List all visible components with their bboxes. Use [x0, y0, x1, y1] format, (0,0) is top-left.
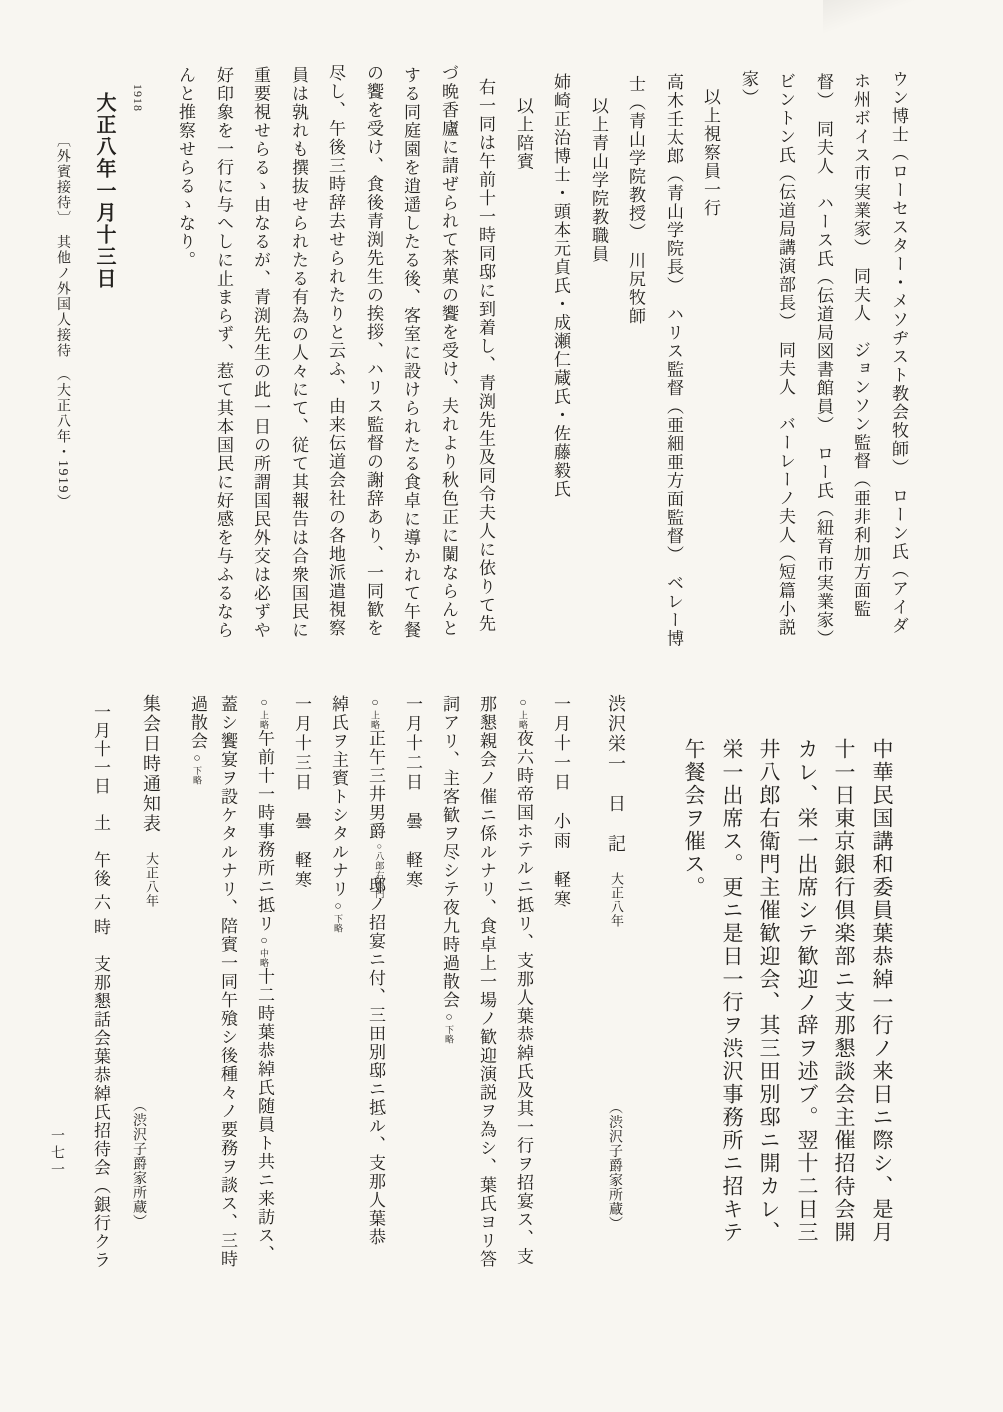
summary-line: 十一日東京銀行倶楽部ニ支那懇談会主催招待会開	[832, 738, 856, 1244]
narrative-line: 右一同は午前十一時同邸に到着し、青渕先生及同令夫人に依りて先	[473, 78, 497, 633]
omission-note: 中略	[259, 949, 269, 968]
omission-mark: ○	[368, 695, 382, 711]
year-gregorian: 1918	[126, 84, 150, 112]
narrative-line: づ晩香廬に請ぜられて茶菓の饗を受け、夫れより秋色正に闌ならんと	[436, 64, 460, 638]
diary-line: 那懇親会ノ催ニ係ルナリ、食卓上一場ノ歓迎演説ヲ為シ、葉氏ヨリ答	[474, 695, 498, 1269]
omission-note: 下略	[444, 1025, 454, 1044]
source-year: 大正八年	[144, 852, 159, 908]
attendee-line: ホ州ボイス市実業家） 同夫人 ジョンソン監督（亜非利加方面監	[848, 72, 872, 619]
diary-line: 蓋シ饗宴ヲ設ケタルナリ、陪賓一同午飱シ後種々ノ要務ヲ談ス、三時	[215, 695, 239, 1269]
attendee-line: 士（青山学院教授） 川尻牧師	[623, 75, 647, 326]
diary-text: 邸ノ招宴ニ付、三田別邸ニ抵ル、支那人葉恭	[366, 877, 385, 1247]
diary-line: 綽氏ヲ主賓トシタルナリ○下略	[326, 695, 350, 933]
section-subject-heading: 〔外賓接待〕 其他ノ外国人接待 （大正八年・1919）	[50, 133, 74, 510]
diary-date: 一月十一日 小雨 軽寒	[548, 695, 572, 910]
notice-line: 一月十一日 土 午後 六 時 支那懇話会葉恭綽氏招待会（銀行クラ	[88, 703, 112, 1270]
omission-note: 上略	[370, 711, 380, 730]
diary-text: 過散会	[188, 695, 207, 751]
attendee-line: 家）	[736, 70, 760, 107]
source-citation: 渋沢栄一 日 記 大正八年	[604, 694, 628, 928]
diary-text: 夜六時帝国ホテルニ抵リ、支那人葉恭綽氏及其一行ヲ招宴ス、支	[514, 730, 533, 1267]
diary-text: 綽氏ヲ主賓トシタルナリ	[329, 695, 348, 899]
attendee-line: 姉崎正治博士・頭本元貞氏・成瀬仁蔵氏・佐藤毅氏	[548, 73, 572, 499]
narrative-line: 重要視せらるゝ由なるが、青渕先生の此一日の所謂国民外交は必ずや	[248, 66, 272, 640]
summary-line: カレ、栄一出席シテ歓迎ノ辞ヲ述ブ。翌十二日三	[795, 738, 819, 1244]
omission-note: 下略	[192, 766, 202, 785]
narrative-line: 員は孰れも撰抜せられたる有為の人々にて、従て其報告は合衆国民に	[286, 66, 310, 640]
diary-line: ○上略午前十一時事務所ニ抵リ○中略十二時葉恭綽氏随員ト共ニ来訪ス、	[252, 695, 276, 1264]
source-year: 大正八年	[609, 872, 624, 928]
diary-date: 一月十三日 曇 軽寒	[289, 695, 313, 890]
omission-mark: ○	[257, 933, 271, 949]
diary-line: ○上略正午三井男爵○八郎右衛門邸ノ招宴ニ付、三田別邸ニ抵ル、支那人葉恭	[363, 695, 387, 1247]
group-caption: 以上陪賓	[511, 97, 535, 171]
source-title: 渋沢栄一 日 記	[606, 694, 626, 854]
omission-mark: ○	[516, 695, 530, 711]
summary-line: 栄一出席ス。更ニ是日一行ヲ渋沢事務所ニ招キテ	[720, 738, 744, 1244]
interlinear-note: ○八郎右衛門	[373, 841, 384, 877]
narrative-line: の饗を受け、食後青渕先生の挨拶、ハリス監督の謝辞あり、一同歓を	[361, 64, 385, 638]
source-owner: （渋沢子爵家所蔵）	[602, 1100, 626, 1231]
diary-text: 午前十一時事務所ニ抵リ	[255, 730, 274, 934]
summary-line: 中華民国講和委員葉恭綽一行ノ来日ニ際シ、是月	[870, 738, 894, 1244]
page-number: 一七一	[44, 1128, 68, 1179]
source-citation: 集会日時通知表 大正八年	[139, 694, 163, 908]
diary-line: 詞アリ、主客歓ヲ尽シテ夜九時過散会○下略	[437, 695, 461, 1044]
paper-crease	[823, 0, 1003, 70]
narrative-line: んと推察せらるゝなり。	[173, 66, 197, 270]
diary-text: 正午三井男爵	[366, 730, 385, 841]
attendee-line: ウン博士（ローセスター・メソヂスト教会牧師） ローン氏（アイダ	[886, 70, 910, 635]
source-title: 集会日時通知表	[141, 694, 161, 834]
summary-line: 井八郎右衛門主催歓迎会、其三田別邸ニ開カレ、	[757, 738, 781, 1244]
diary-line: 過散会○下略	[185, 695, 209, 785]
omission-mark: ○	[257, 695, 271, 711]
omission-note: 下略	[333, 914, 343, 933]
section-date-heading: 大正八年一月十三日	[92, 92, 116, 290]
summary-line: 午餐会ヲ催ス。	[682, 738, 706, 899]
diary-text: 詞アリ、主客歓ヲ尽シテ夜九時過散会	[440, 695, 459, 1010]
narrative-line: 好印象を一行に与へしに止まらず、惹て其本国民に好感を与ふるなら	[211, 66, 235, 640]
attendee-line: 督） 同夫人 ハース氏（伝道局図書館員） ロー氏（紐育市実業家）	[811, 73, 835, 648]
omission-mark: ○	[442, 1010, 456, 1026]
omission-mark: ○	[331, 899, 345, 915]
diary-line: ○上略夜六時帝国ホテルニ抵リ、支那人葉恭綽氏及其一行ヲ招宴ス、支	[511, 695, 535, 1266]
group-caption: 以上視察員一行	[698, 88, 722, 218]
attendee-line: 高木壬太郎（青山学院長） ハリス監督（亜細亜方面監督） ベレー博	[661, 73, 685, 648]
omission-mark: ○	[190, 751, 204, 767]
narrative-line: 尽し、午後三時辞去せられたりと云ふ、由来伝道会社の各地派遣視察	[323, 64, 347, 638]
omission-note: 上略	[518, 711, 528, 730]
attendee-line: ビントン氏（伝道局講演部長） 同夫人 バーレーノ夫人（短篇小説	[773, 72, 797, 637]
source-owner: （渋沢子爵家所蔵）	[126, 1098, 150, 1229]
diary-text: 十二時葉恭綽氏随員ト共ニ来訪ス、	[255, 968, 274, 1264]
scanned-page: ウン博士（ローセスター・メソヂスト教会牧師） ローン氏（アイダ ホ州ボイス市実業…	[0, 0, 1003, 1412]
group-caption: 以上青山学院教職員	[586, 97, 610, 264]
diary-date: 一月十二日 曇 軽寒	[400, 695, 424, 890]
narrative-line: する同庭園を逍遥したる後、客室に設けられたる食卓に導かれて午餐	[398, 66, 422, 640]
omission-note: 上略	[259, 711, 269, 730]
